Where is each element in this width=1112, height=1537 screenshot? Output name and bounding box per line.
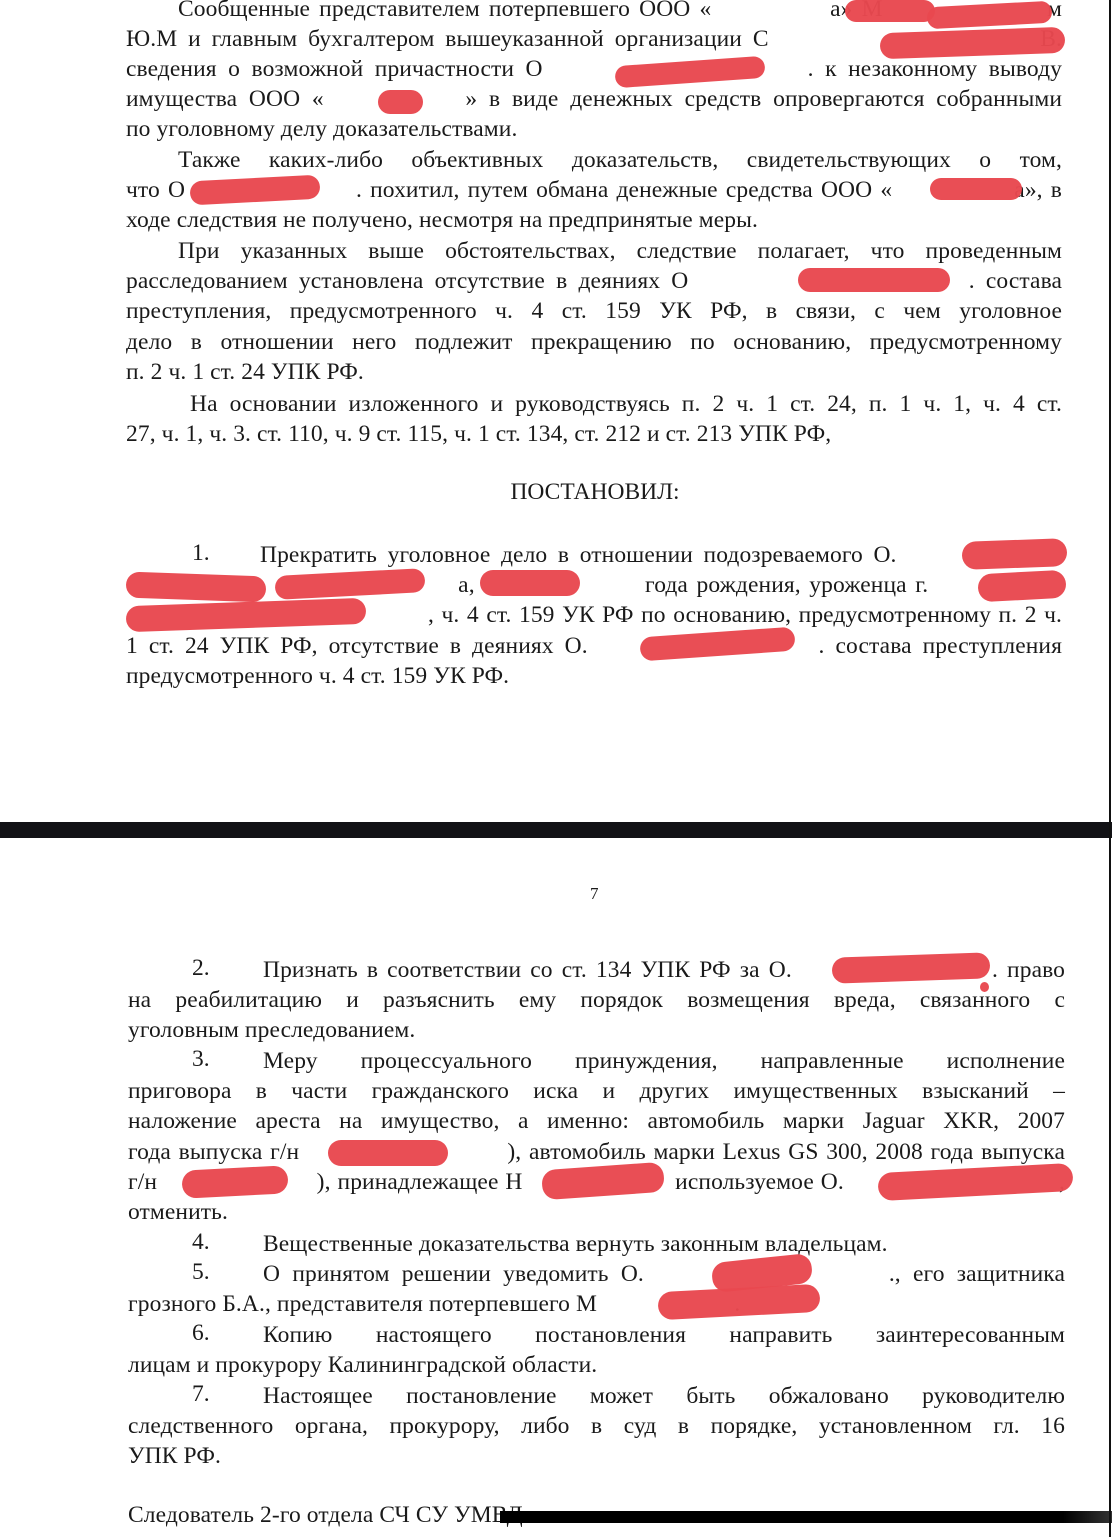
paragraph-line: а, года рождения, уроженца г. [126, 570, 1062, 600]
item-number: 3. [192, 1046, 210, 1073]
paragraph-line: имущества ООО « » в виде денежных средст… [126, 84, 1062, 114]
paragraph-line: года выпуска г/н ), автомобиль марки Lex… [128, 1137, 1065, 1167]
paragraph-line: приговора в части гражданского иска и др… [128, 1076, 1065, 1106]
redaction-mark [328, 1140, 448, 1166]
redaction-bar [500, 1511, 1112, 1523]
redaction-mark [845, 0, 935, 22]
item-number: 5. [192, 1259, 210, 1286]
paragraph-line: по уголовному делу доказательствами. [126, 114, 1062, 144]
paragraph-line: отменить. [128, 1197, 1064, 1227]
paragraph-line: уголовным преследованием. [128, 1015, 1064, 1045]
paragraph-line: преступления, предусмотренного ч. 4 ст. … [126, 296, 1062, 326]
paragraph-line: О принятом решении уведомить О. ., его з… [263, 1259, 1065, 1289]
paragraph-line: УПК РФ. [128, 1441, 1064, 1471]
item-number: 7. [192, 1381, 210, 1408]
paragraph-line: лицам и прокурору Калининградской област… [128, 1350, 1064, 1380]
paragraph-line: ходе следствия не получено, несмотря на … [126, 205, 1062, 235]
redaction-mark [378, 90, 423, 114]
redaction-mark [798, 268, 950, 292]
paragraph-line: При указанных выше обстоятельствах, след… [178, 236, 1062, 266]
page-number: 7 [590, 884, 599, 904]
paragraph-line: Копию настоящего постановления направить… [263, 1320, 1065, 1350]
redaction-mark [181, 1165, 288, 1199]
heading-postanovil: ПОСТАНОВИЛ: [0, 479, 1112, 506]
redaction-mark [832, 952, 991, 983]
paragraph-line: Также каких-либо объективных доказательс… [178, 145, 1062, 175]
redaction-mark [962, 538, 1068, 570]
paragraph-line: сведения о возможной причастности О . к … [126, 54, 1062, 84]
redaction-mark [126, 572, 267, 603]
item-number: 1. [192, 540, 210, 567]
paragraph-line: 27, ч. 1, ч. 3. ст. 110, ч. 9 ст. 115, ч… [126, 419, 1062, 449]
page-separator [0, 822, 1112, 838]
paragraph-line: на реабилитацию и разъяснить ему порядок… [128, 985, 1065, 1015]
document-page-upper: Сообщенные представителем потерпевшего О… [0, 0, 1112, 822]
paragraph-line: следственного органа, прокурору, либо в … [128, 1411, 1065, 1441]
scan-edge-line [1109, 0, 1111, 1537]
paragraph-line: Вещественные доказательства вернуть зако… [263, 1229, 1112, 1259]
paragraph-line: Меру процессуального принуждения, направ… [263, 1046, 1065, 1076]
paragraph-line: грозного Б.А., представителя потерпевшег… [128, 1289, 1064, 1319]
paragraph-line: наложение ареста на имущество, а именно:… [128, 1106, 1065, 1136]
item-number: 2. [192, 955, 210, 982]
paragraph-line: На основании изложенного и руководствуяс… [190, 389, 1062, 419]
item-number: 6. [192, 1320, 210, 1347]
paragraph-line: 1 ст. 24 УПК РФ, отсутствие в деяниях О.… [126, 631, 1062, 661]
paragraph-line: Прекратить уголовное дело в отношении по… [260, 540, 1062, 570]
redaction-mark [977, 570, 1066, 603]
redaction-mark [480, 570, 580, 596]
redaction-mark [980, 982, 989, 992]
redaction-mark [930, 178, 1022, 200]
paragraph-line: п. 2 ч. 1 ст. 24 УПК РФ. [126, 357, 1062, 387]
paragraph-line: предусмотренного ч. 4 ст. 159 УК РФ. [126, 661, 1062, 691]
paragraph-line: дело в отношении него подлежит прекращен… [126, 327, 1062, 357]
item-number: 4. [192, 1229, 210, 1256]
paragraph-line: Настоящее постановление может быть обжал… [263, 1381, 1065, 1411]
